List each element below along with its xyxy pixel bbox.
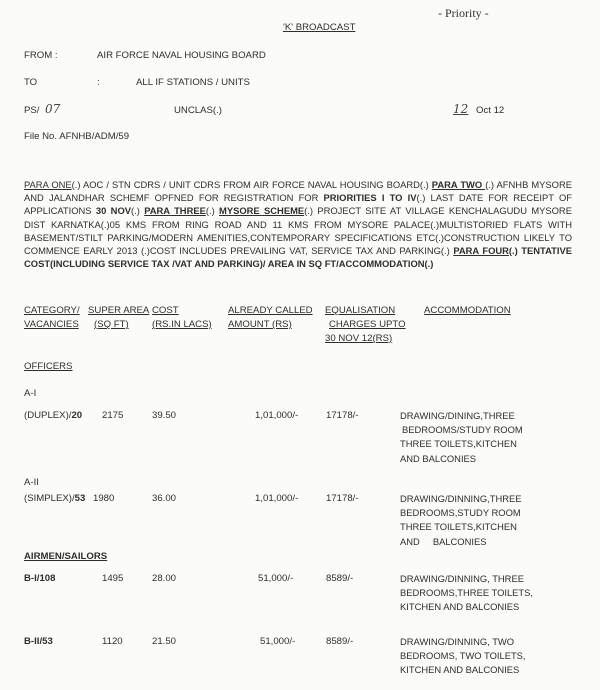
section-title-officers: OFFICERS — [24, 361, 73, 372]
para-four-label: PARA FOUR — [453, 245, 509, 256]
to-value: ALL IF STATIONS / UNITS — [136, 77, 250, 88]
to-label: TO — [24, 77, 37, 88]
para-three-label: PARA THREE — [144, 205, 206, 216]
para-three-text-a: (.) — [206, 205, 219, 216]
row-type: A-I — [24, 388, 36, 399]
col-header-area: SUPER AREA(SQ FT) — [88, 304, 149, 332]
row-category: B-II/53 — [24, 636, 53, 647]
from-value: AIR FORCE NAVAL HOUSING BOARD — [97, 50, 266, 61]
row-category: B-I/108 — [24, 573, 55, 584]
row-equalisation: 8589/- — [326, 573, 353, 584]
para-one-label: PARA ONE — [24, 179, 72, 190]
row-category: (DUPLEX)/20 — [24, 410, 82, 421]
row-area: 2175 — [102, 410, 123, 421]
priorities: PRIORITIES I TO IV — [324, 192, 417, 203]
section-title-airmen-sailors: AIRMEN/SAILORS — [24, 551, 107, 562]
classification: UNCLAS(.) — [174, 105, 222, 116]
date-day-handwritten: 12 — [453, 102, 468, 116]
row-accommodation: DRAWING/DINNING, THREE BEDROOMS,THREE TO… — [400, 572, 540, 615]
row-called: 1,01,000/- — [255, 410, 298, 421]
para-one-text: (.) AOC / STN CDRS / UNIT CDRS FROM AIR … — [72, 179, 432, 190]
col-header-cost: COST(RS.IN LACS) — [152, 304, 212, 332]
row-called: 1,01,000/- — [255, 493, 298, 504]
row-equalisation: 8589/- — [326, 636, 353, 647]
ps-number-handwritten: 07 — [45, 102, 60, 116]
col-header-category: CATEGORY/VACANCIES — [24, 304, 80, 332]
row-area: 1495 — [102, 573, 123, 584]
col-header-accommodation: ACCOMMODATION — [424, 304, 511, 318]
row-accommodation: DRAWING/DINNING, TWO BEDROOMS, TWO TOILE… — [400, 635, 540, 678]
from-label: FROM : — [24, 50, 58, 61]
row-area: 1120 — [102, 636, 123, 647]
row-cost: 21.50 — [152, 636, 176, 647]
file-number: File No. AFNHB/ADM/59 — [24, 131, 129, 142]
row-called: 51,000/- — [258, 573, 293, 584]
to-colon: : — [97, 77, 100, 88]
date-month-year: Oct 12 — [476, 105, 504, 116]
priority-label: - Priority - — [438, 6, 489, 21]
para-two-label: PARA TWO — [432, 179, 485, 190]
row-cost: 36.00 — [152, 493, 176, 504]
row-called: 51,000/- — [260, 636, 295, 647]
ps-label: PS/ — [24, 105, 39, 116]
row-accommodation: DRAWING/DINING,THREE BEDROOMS/STUDY ROOM… — [400, 409, 540, 466]
col-header-equalisation: EQUALISATIONCHARGES UPTO30 NOV 12(RS) — [325, 304, 406, 346]
para-two-text-c: (.) — [131, 205, 144, 216]
row-equalisation: 17178/- — [326, 493, 359, 504]
row-type: A-II — [24, 477, 39, 488]
row-cost: 39.50 — [152, 410, 176, 421]
col-header-called: ALREADY CALLEDAMOUNT (RS) — [228, 304, 313, 332]
document-title: 'K' BROADCAST — [283, 22, 355, 33]
body-paragraph: PARA ONE(.) AOC / STN CDRS / UNIT CDRS F… — [24, 178, 572, 270]
row-category: (SIMPLEX)/53 — [24, 493, 85, 504]
row-accommodation: DRAWING/DINNING,THREE BEDROOMS,STUDY ROO… — [400, 492, 540, 549]
mysore-scheme: MYSORE SCHEME — [219, 205, 304, 216]
last-date: 30 NOV — [96, 205, 131, 216]
row-cost: 28.00 — [152, 573, 176, 584]
row-area: 1980 — [93, 493, 114, 504]
row-equalisation: 17178/- — [326, 410, 359, 421]
